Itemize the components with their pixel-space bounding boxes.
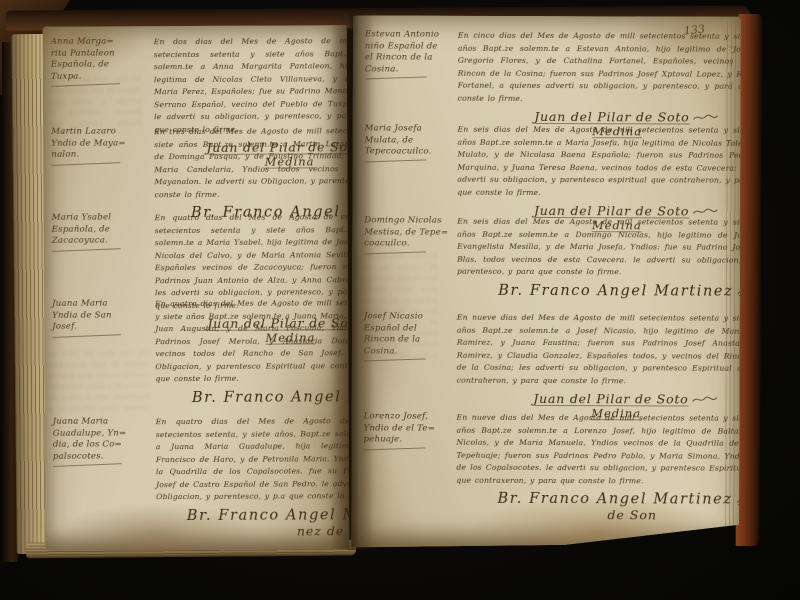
- entry-text: En seis dias del Mes de Agosto de mill s…: [457, 216, 741, 280]
- baptism-entry: Josef Nicasio Español del Rincon de la C…: [352, 311, 741, 421]
- signature-block: Br. Franco Angel Martinez: [457, 281, 741, 299]
- margin-tick-mark: +: [729, 43, 734, 52]
- entry-text: En quatro dias del Mes de Agosto de mill…: [155, 297, 349, 386]
- signature-rubric-icon: [692, 206, 718, 216]
- baptism-entry: Martin Lazaro Yndio de Maya= nalon. En t…: [43, 125, 349, 222]
- margin-tick-mark: +: [729, 79, 734, 88]
- entry-text: En nueve dias del Mes de Agosto de mill …: [456, 412, 741, 488]
- entry-text: En quatro dias del Mes de Agosto de mill…: [156, 415, 350, 504]
- entry-text: En seis dias del Mes de Agosto de mill s…: [457, 124, 741, 200]
- signature-name: Juan del Pilar de Soto: [533, 391, 688, 407]
- left-page: En tres dias del Mes de Agosto de mill s…: [43, 25, 350, 551]
- baptism-entry: Juana Maria Guadalupe, Yn= dia, de los C…: [45, 415, 350, 539]
- entry-text: En dos dias del Mes de Agosto de mill se…: [154, 35, 350, 136]
- signature-rubric-icon: [692, 394, 718, 404]
- photo-of-open-register: En tres dias del Mes de Agosto de mill s…: [0, 0, 800, 600]
- signature-name: Br. Franco Angel Martinez: [498, 282, 733, 299]
- margin-note: Juana Maria Guadalupe, Yn= dia, de los C…: [53, 416, 150, 539]
- margin-note: Estevan Antonio niño Español de el Rinco…: [365, 29, 451, 138]
- signature-name: Juan del Pilar de Soto: [534, 109, 689, 125]
- right-page: 133 + + + En cinco dias del Mes de Agost…: [351, 15, 741, 548]
- margin-note: Josef Nicasio Español del Rincon de la C…: [364, 311, 450, 420]
- signature-name: Br. Franco Angel Martinez: [498, 491, 733, 508]
- signature-name: Br. Franco Angel Marti=: [187, 506, 350, 523]
- folio-number: 133: [683, 22, 705, 37]
- signature-surname: nez de Son: [297, 522, 350, 538]
- margin-note: Domingo Nicolas Mestisa, de Tepe= coacui…: [364, 215, 450, 298]
- margin-note: Martin Lazaro Yndio de Maya= nalon.: [51, 126, 147, 222]
- baptism-entry: Domingo Nicolas Mestisa, de Tepe= coacui…: [352, 215, 741, 299]
- baptism-entry: Juana Maria Yndia de San Josef. En quatr…: [44, 297, 349, 406]
- signature-block: Br. Franco Angel Marti= nez de Son: [156, 506, 349, 539]
- signature-rubric-icon: [693, 112, 719, 122]
- margin-tick-mark: +: [729, 61, 734, 70]
- signature-name: Br. Franco Angel Martinez: [192, 388, 349, 405]
- baptism-entry: Lorenzo Josef, Yndio de el Te= pehuaje. …: [351, 411, 741, 522]
- margin-note: Lorenzo Josef, Yndio de el Te= pehuaje.: [363, 411, 449, 521]
- entry-text: En cinco dias del Mes de Agosto de mill …: [458, 30, 741, 106]
- signature-surname: de Son: [607, 507, 740, 523]
- signature-block: Br. Franco Angel Martinez: [156, 387, 350, 405]
- signature-block: Br. Franco Angel Martinez de Son: [456, 490, 741, 523]
- entry-text: En nueve dias del Mes de Agosto de mill …: [457, 312, 741, 388]
- margin-note: Juana Maria Yndia de San Josef.: [52, 298, 149, 406]
- entry-text: En tres dias del Mes de Agosto de mill s…: [154, 125, 349, 201]
